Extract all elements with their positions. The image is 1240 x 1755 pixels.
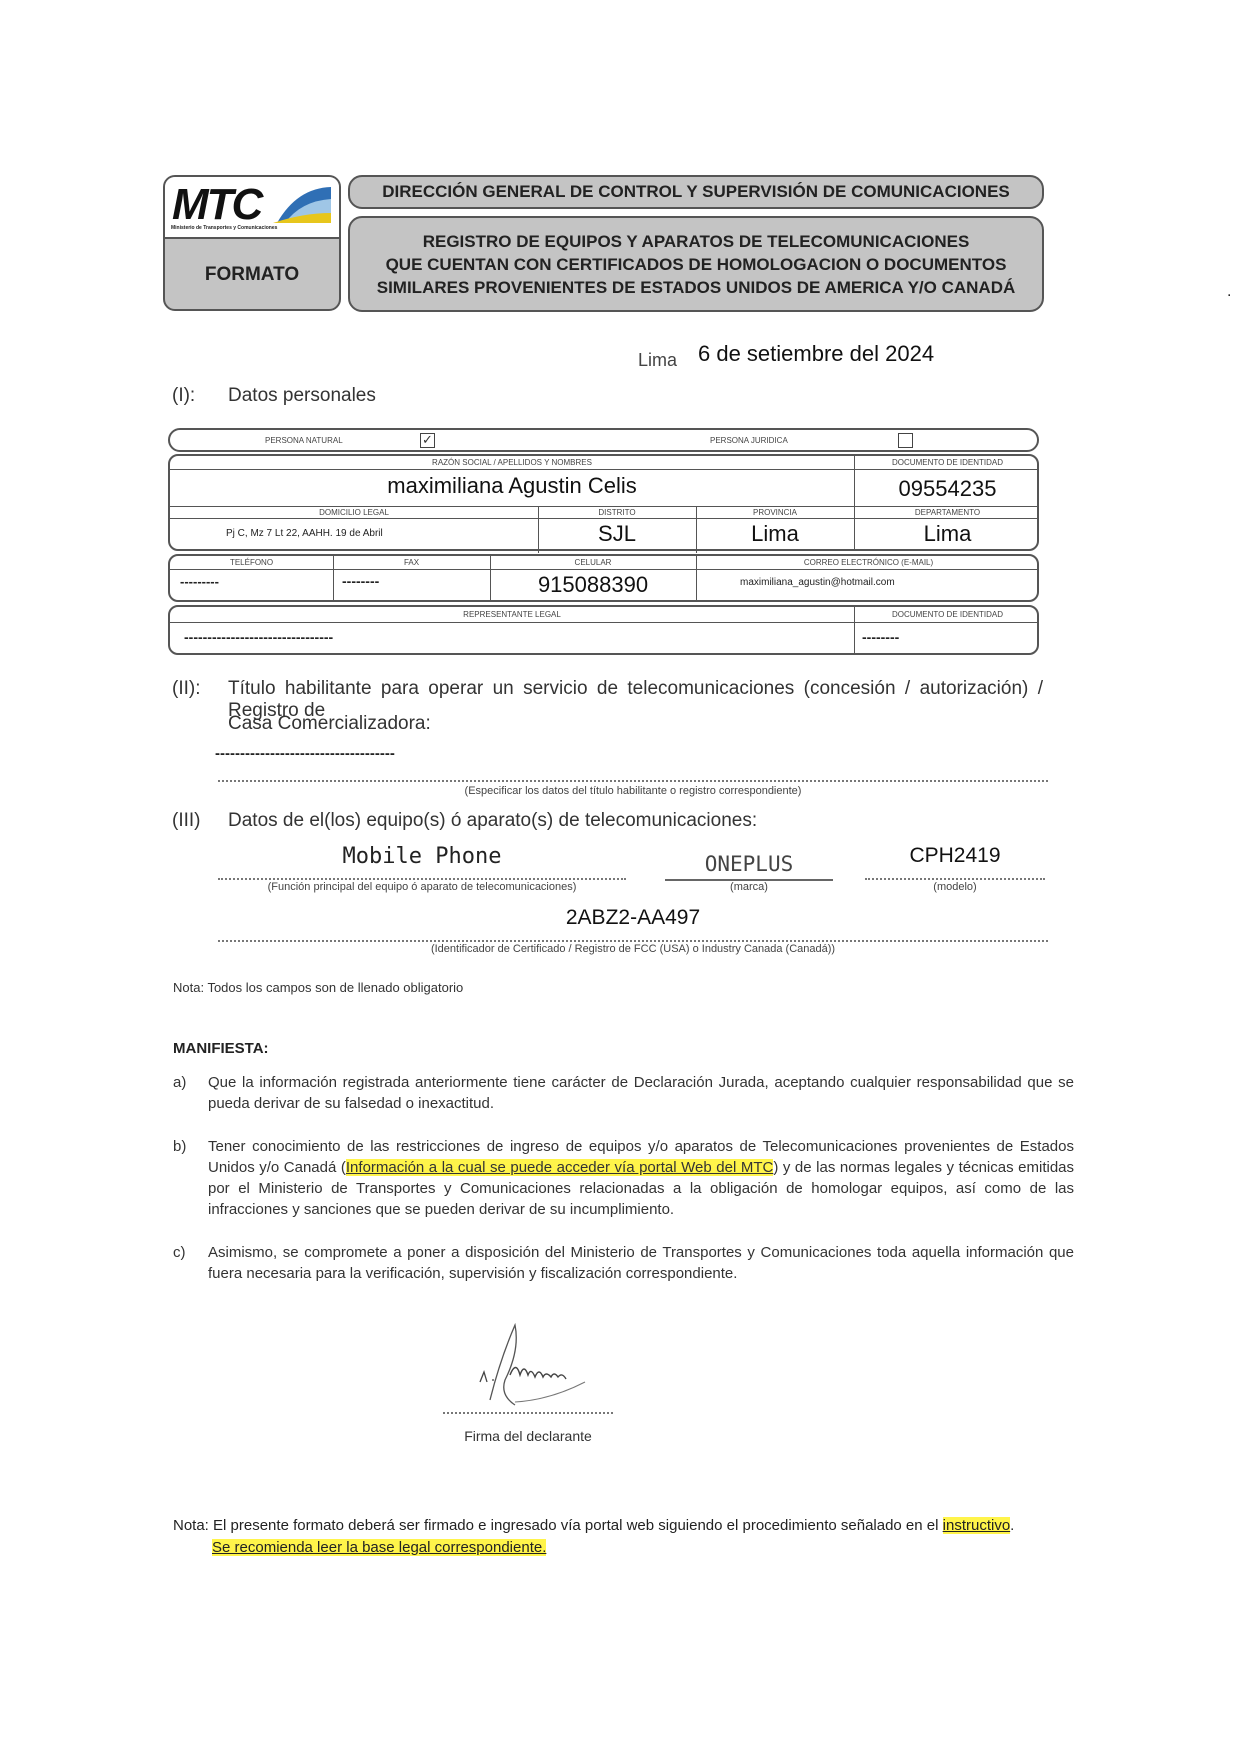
rep-id-label: DOCUMENTO DE IDENTIDAD [854, 610, 1041, 619]
section-1-number: (I): [172, 385, 195, 407]
license-dotted-line [218, 780, 1048, 782]
persona-juridica-label: PERSONA JURIDICA [710, 436, 788, 445]
item-c-text: Asimismo, se compromete a poner a dispos… [208, 1242, 1074, 1284]
footer-note-text: El presente formato deberá ser firmado e… [209, 1517, 943, 1534]
model-dotted-line [865, 878, 1045, 880]
date-field[interactable]: 6 de setiembre del 2024 [698, 341, 934, 367]
persona-juridica-checkbox[interactable] [898, 433, 913, 448]
logo-subtitle: Ministerio de Transportes y Comunicacion… [171, 225, 277, 231]
manifiesta-heading: MANIFIESTA: [173, 1040, 269, 1057]
item-a-text: Que la información registrada anteriorme… [208, 1072, 1074, 1114]
phone-field[interactable]: --------- [180, 574, 219, 589]
id-label: DOCUMENTO DE IDENTIDAD [854, 458, 1041, 467]
department-field[interactable]: Lima [854, 521, 1041, 547]
function-caption: (Función principal del equipo ó aparato … [218, 881, 626, 893]
section-3-number: (III) [172, 810, 201, 832]
rep-label: REPRESENTANTE LEGAL [170, 610, 854, 619]
item-a-marker: a) [173, 1072, 203, 1093]
persona-natural-label: PERSONA NATURAL [265, 436, 343, 445]
item-c-marker: c) [173, 1242, 203, 1263]
section-2-title-line2: Casa Comercializadora: [228, 713, 431, 735]
fax-field[interactable]: -------- [342, 573, 379, 589]
brand-field[interactable]: ONEPLUS [665, 852, 833, 876]
section-2-number: (II): [172, 678, 201, 700]
fcc-dotted-line [218, 940, 1048, 942]
mtc-logo: MTC Ministerio de Transportes y Comunica… [165, 177, 339, 239]
title-line-2: QUE CUENTAN CON CERTIFICADOS DE HOMOLOGA… [386, 253, 1007, 276]
legal-rep-block: REPRESENTANTE LEGAL --------------------… [168, 605, 1039, 655]
fax-label: FAX [333, 558, 490, 567]
fcc-field[interactable]: 2ABZ2-AA497 [218, 906, 1048, 930]
persona-natural-checkbox[interactable]: ✓ [420, 433, 435, 448]
logo-wave-icon [267, 183, 333, 225]
mtc-portal-link[interactable]: Información a la cual se puede acceder v… [346, 1159, 773, 1176]
id-field[interactable]: 09554235 [854, 476, 1041, 502]
fcc-caption: (Identificador de Certificado / Registro… [218, 943, 1048, 955]
logo-text: MTC [172, 180, 261, 230]
province-field[interactable]: Lima [696, 521, 854, 547]
mobile-label: CELULAR [490, 558, 696, 567]
address-field[interactable]: Pj C, Mz 7 Lt 22, AAHH. 19 de Abril [226, 528, 383, 539]
email-label: CORREO ELECTRÓNICO (E-MAIL) [696, 558, 1041, 567]
format-label: FORMATO [165, 237, 339, 311]
base-legal-line: Se recomienda leer la base legal corresp… [212, 1537, 546, 1559]
agency-title: DIRECCIÓN GENERAL DE CONTROL Y SUPERVISI… [348, 175, 1044, 209]
footer-note-period: . [1010, 1517, 1014, 1534]
section-1-title: Datos personales [228, 385, 376, 407]
footer-note: Nota: El presente formato deberá ser fir… [173, 1515, 1073, 1537]
address-label: DOMICILIO LEGAL [170, 508, 538, 517]
place: Lima [638, 350, 677, 371]
stray-mark: . [1227, 283, 1231, 301]
required-note: Nota: Todos los campos son de llenado ob… [173, 980, 463, 995]
rep-field[interactable]: -------------------------------- [184, 629, 333, 645]
province-label: PROVINCIA [696, 508, 854, 517]
document-title: REGISTRO DE EQUIPOS Y APARATOS DE TELECO… [348, 216, 1044, 312]
function-dotted-line [218, 878, 626, 880]
contact-block: TELÉFONO --------- FAX -------- CELULAR … [168, 554, 1039, 602]
signature-label: Firma del declarante [443, 1428, 613, 1444]
department-label: DEPARTAMENTO [854, 508, 1041, 517]
section-3-title: Datos de el(los) equipo(s) ó aparato(s) … [228, 810, 757, 832]
phone-label: TELÉFONO [170, 558, 333, 567]
instructivo-link[interactable]: instructivo [943, 1517, 1011, 1534]
license-field[interactable]: ------------------------------------ [215, 745, 395, 762]
signature-image [470, 1320, 630, 1410]
email-field[interactable]: maximiliana_agustin@hotmail.com [740, 577, 895, 588]
signature-line [443, 1412, 613, 1414]
rep-id-field[interactable]: -------- [862, 629, 899, 645]
mobile-field[interactable]: 915088390 [490, 572, 696, 598]
footer-note-prefix: Nota: [173, 1517, 209, 1534]
item-b-marker: b) [173, 1136, 203, 1157]
name-field[interactable]: maximiliana Agustin Celis [170, 473, 854, 499]
license-caption: (Especificar los datos del título habili… [218, 785, 1048, 797]
item-b-text: Tener conocimiento de las restricciones … [208, 1136, 1074, 1220]
identity-address-block: RAZÓN SOCIAL / APELLIDOS Y NOMBRES maxim… [168, 454, 1039, 551]
model-caption: (modelo) [865, 881, 1045, 893]
title-line-3: SIMILARES PROVENIENTES DE ESTADOS UNIDOS… [377, 276, 1016, 299]
persona-type-row: PERSONA NATURAL ✓ PERSONA JURIDICA [168, 428, 1039, 452]
agency-title-text: DIRECCIÓN GENERAL DE CONTROL Y SUPERVISI… [382, 182, 1010, 202]
district-field[interactable]: SJL [538, 521, 696, 547]
district-label: DISTRITO [538, 508, 696, 517]
base-legal-link[interactable]: Se recomienda leer la base legal corresp… [212, 1539, 546, 1556]
brand-caption: (marca) [665, 881, 833, 893]
function-field[interactable]: Mobile Phone [218, 844, 626, 869]
name-label: RAZÓN SOCIAL / APELLIDOS Y NOMBRES [170, 458, 854, 467]
header-logo-box: MTC Ministerio de Transportes y Comunica… [163, 175, 341, 311]
model-field[interactable]: CPH2419 [865, 844, 1045, 868]
title-line-1: REGISTRO DE EQUIPOS Y APARATOS DE TELECO… [423, 230, 970, 253]
